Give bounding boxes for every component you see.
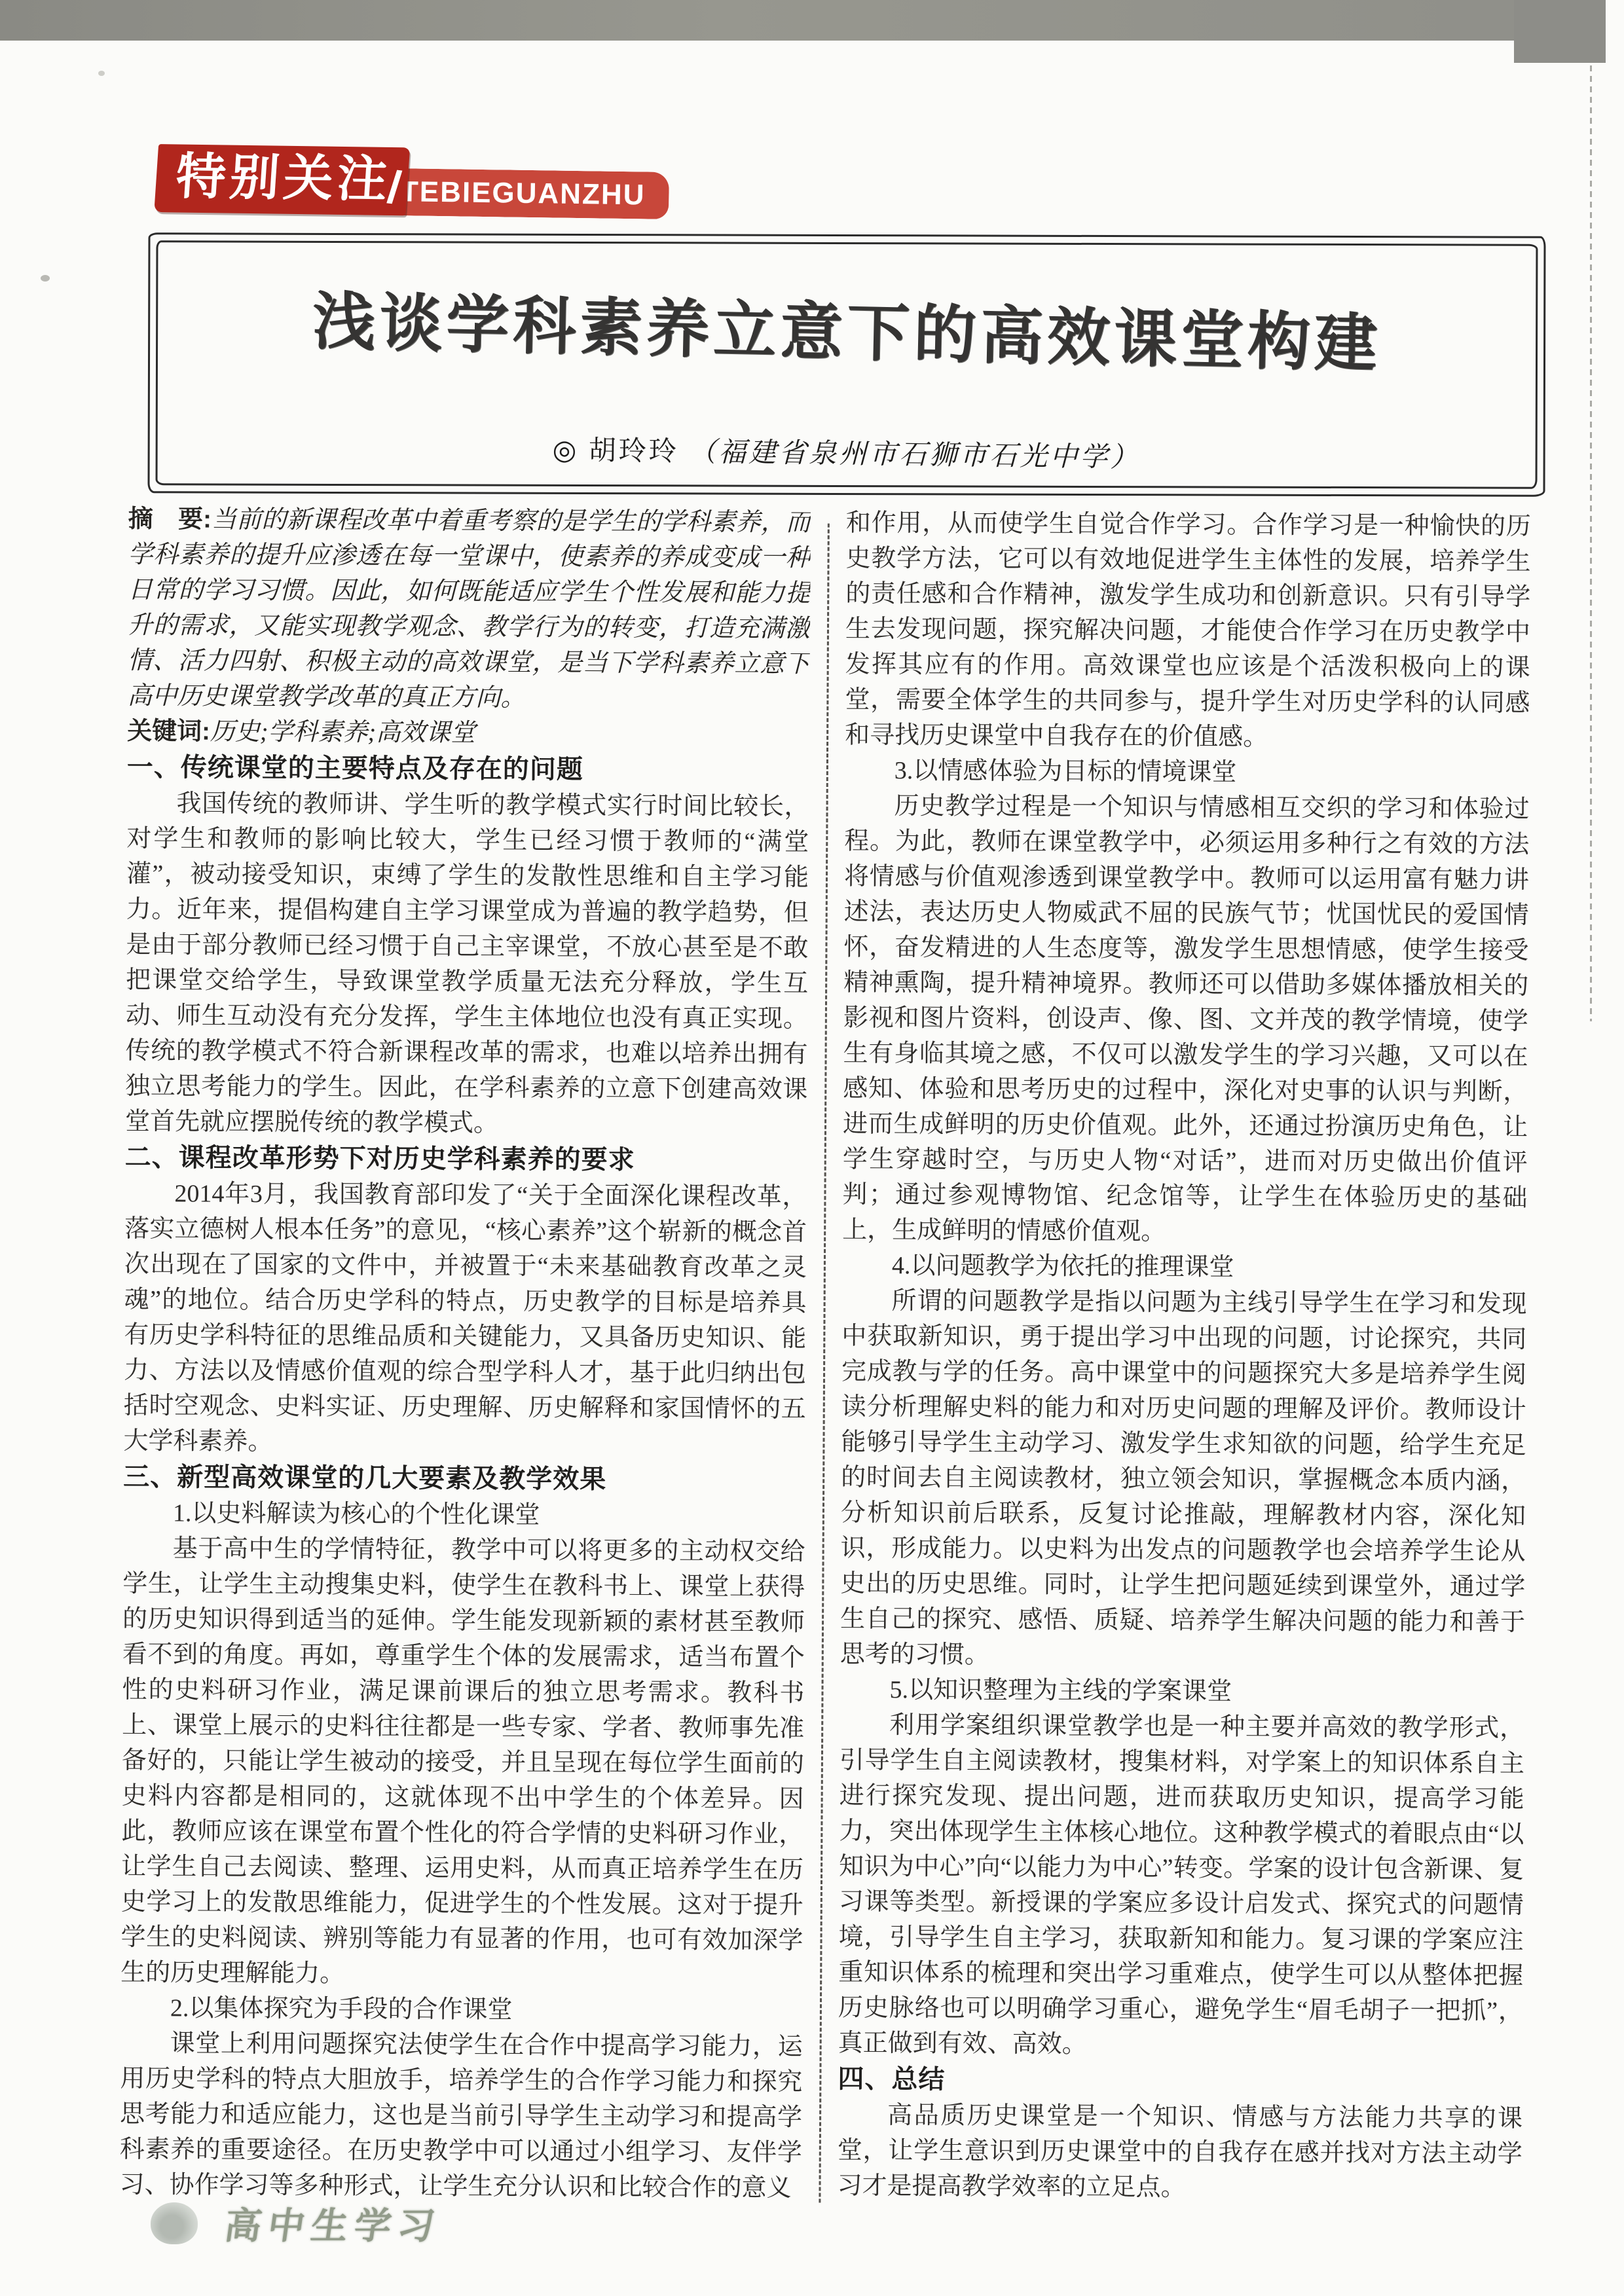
article-title-box: 浅谈学科素养立意下的高效课堂构建 ◎ 胡玲玲 （福建省泉州市石狮市石光中学） [147,232,1545,497]
sub-section-heading: 3.以情感体验为目标的情境课堂 [845,753,1530,792]
paragraph: 所谓的问题教学是指以问题为主线引导学生在学习和发现中获取新知识，勇于提出学习中出… [840,1283,1527,1675]
section-heading: 四、总结 [838,2061,1522,2101]
banner-label: 特别关注 [154,144,410,215]
journal-name-logo: 高中生学习 [221,2197,445,2250]
article-body: 摘 要:当前的新课程改革中着重考察的是学生的学科素养，而学科素养的提升应渗透在每… [0,501,1624,509]
scan-edge-top-right-block [1514,0,1606,63]
section-heading: 一、传统课堂的主要特点及存在的问题 [127,749,809,789]
banner-romanized-label: TEBIEGUANZHU [363,168,669,219]
sub-section-heading: 5.以知识整理为主线的学案课堂 [840,1672,1524,1711]
scanned-journal-page: 特别关注 / TEBIEGUANZHU 浅谈学科素养立意下的高效课堂构建 ◎ 胡… [0,0,1624,2296]
page-footer: 高中生学习 [151,2197,441,2250]
abstract-paragraph-label: 摘 要: [128,505,212,534]
scan-speck [98,71,105,76]
sub-section-heading: 1.以史料解读为核心的个性化课堂 [123,1495,805,1534]
paragraph: 历史教学过程是一个知识与情感相互交织的学习和体验过程。为此，教师在课堂教学中，必… [842,788,1530,1251]
sub-section-heading: 4.以问题教学为依托的推理课堂 [842,1248,1527,1286]
section-heading: 三、新型高效课堂的几大要素及教学效果 [123,1459,805,1499]
paragraph: 课堂上利用问题探究法使学生在合作中提高学习能力，运用历史学科的特点大胆放手，培养… [119,2026,802,2204]
keywords-line: 关键词:历史;学科素养;高效课堂 [127,714,809,752]
keywords-line-label: 关键词: [127,718,210,746]
article-title: 浅谈学科素养立意下的高效课堂构建 [312,289,1382,378]
section-heading: 二、课程改革形势下对历史学科素养的要求 [125,1139,807,1179]
paragraph: 高品质历史课堂是一个知识、情感与方法能力共享的课堂，让学生意识到历史课堂中的自我… [837,2098,1522,2207]
author-marker-icon: ◎ [552,435,579,466]
author-line: ◎ 胡玲玲 （福建省泉州市石狮市石光中学） [552,428,1140,475]
abstract-paragraph: 摘 要:当前的新课程改革中着重考察的是学生的学科素养，而学科素养的提升应渗透在每… [127,501,811,717]
author-name: 胡玲玲 [589,436,680,467]
paragraph: 基于高中生的学情特征，教学中可以将更多的主动权交给学生，让学生主动搜集史料，使学… [120,1531,805,1994]
article-column-left: 摘 要:当前的新课程改革中着重考察的是学生的学科素养，而学科素养的提升应渗透在每… [119,501,811,2204]
paragraph: 利用学案组织课堂教学也是一种主要并高效的教学形式，引导学生自主阅读教材，搜集材料… [838,1707,1525,2064]
paragraph-continuation: 和作用，从而使学生自觉合作学习。合作学习是一种愉快的历史教学方法，它可以有效地促… [845,505,1531,756]
section-banner: 特别关注 / TEBIEGUANZHU [156,144,669,219]
column-divider [819,524,829,2203]
paragraph: 我国传统的教师讲、学生听的教学模式实行时间比较长，对学生和教师的影响比较大，学生… [125,786,809,1142]
scan-speck [41,275,50,282]
paragraph: 2014年3月，我国教育部印发了“关于全面深化课程改革，落实立德树人根本任务”的… [123,1176,807,1462]
article-column-right: 和作用，从而使学生自觉合作学习。合作学习是一种愉快的历史教学方法，它可以有效地促… [837,505,1531,2250]
article-title-box-inner-border: 浅谈学科素养立意下的高效课堂构建 ◎ 胡玲玲 （福建省泉州市石狮市石光中学） [156,240,1538,489]
scan-edge-top-strip [0,0,1606,41]
scan-binding-microtext-line [1590,65,1592,1021]
journal-stamp-icon [151,2202,198,2244]
author-affiliation: （福建省泉州市石狮市石光中学） [688,437,1141,473]
sub-section-heading: 2.以集体探究为手段的合作课堂 [120,1990,803,2029]
